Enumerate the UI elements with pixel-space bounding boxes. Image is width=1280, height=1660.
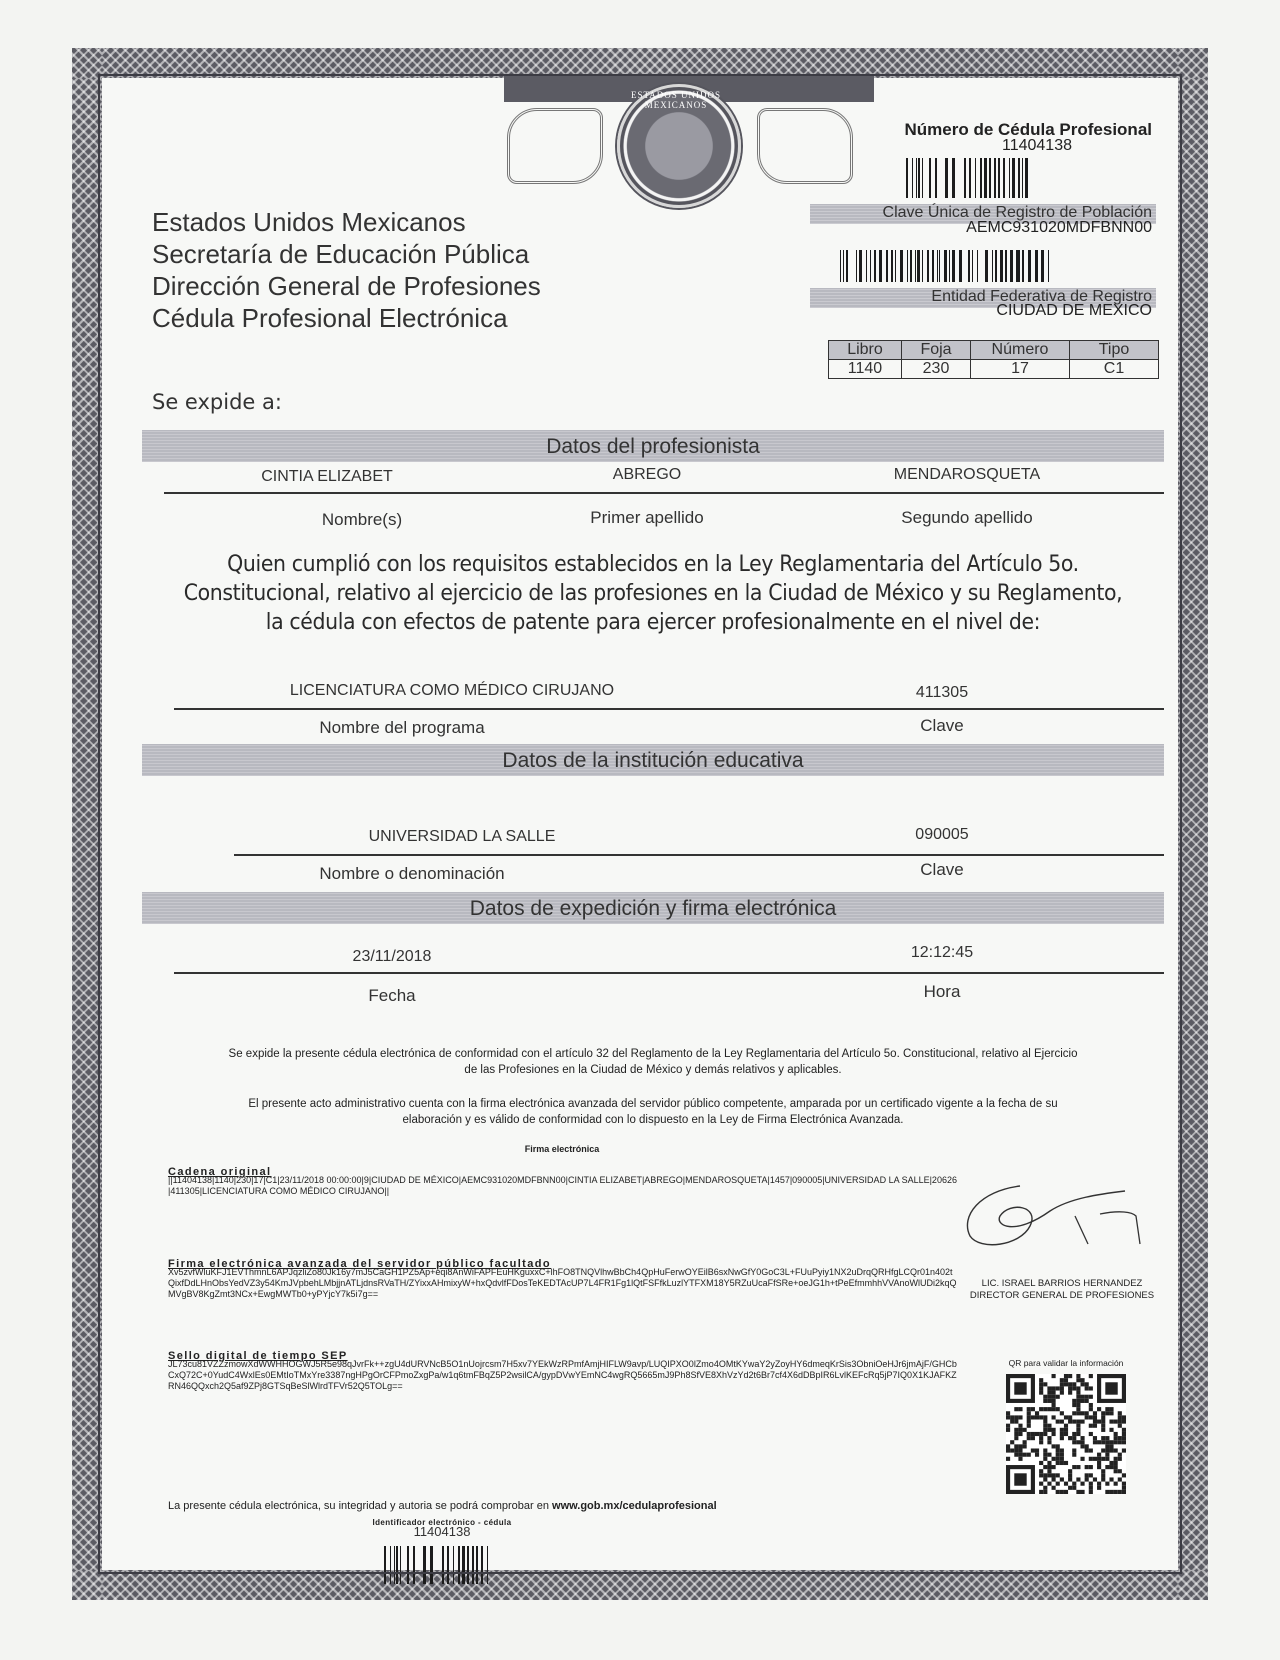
handwritten-signature-icon bbox=[960, 1166, 1160, 1256]
identificador-value: 11404138 bbox=[352, 1524, 532, 1539]
programa-clave-value: 411305 bbox=[872, 684, 1012, 702]
registry-value-tipo: C1 bbox=[1070, 360, 1159, 379]
legal-paragraph-1: Se expide la presente cédula electrónica… bbox=[142, 1046, 1164, 1078]
certificate-frame: ESTADOS UNIDOS MEXICANOS Estados Unidos … bbox=[72, 48, 1208, 1600]
section-institucion: Datos de la institución educativa bbox=[142, 744, 1164, 776]
section-expedicion: Datos de expedición y firma electrónica bbox=[142, 892, 1164, 924]
signatory-block: LIC. ISRAEL BARRIOS HERNANDEZ DIRECTOR G… bbox=[962, 1278, 1162, 1302]
programa-value: LICENCIATURA COMO MÉDICO CIRUJANO bbox=[232, 682, 672, 700]
qr-label: QR para validar la información bbox=[996, 1358, 1136, 1368]
programa-clave-caption: Clave bbox=[872, 716, 1012, 736]
primer-apellido-value: ABREGO bbox=[522, 466, 772, 484]
legal-p2-line2: elaboración y es válido de conformidad c… bbox=[142, 1112, 1164, 1128]
sello-digital-block: Sello digital de tiempo SEP JL73cu81VZZz… bbox=[168, 1350, 958, 1392]
header-line-country: Estados Unidos Mexicanos bbox=[152, 206, 541, 238]
hora-caption: Hora bbox=[872, 982, 1012, 1002]
legal-p1-line1: Se expide la presente cédula electrónica… bbox=[142, 1046, 1164, 1062]
registry-header-tipo: Tipo bbox=[1070, 341, 1159, 360]
statement-line-1: Quien cumplió con los requisitos estable… bbox=[178, 550, 1128, 579]
institucion-caption: Nombre o denominación bbox=[282, 864, 542, 884]
institucion-clave-caption: Clave bbox=[872, 860, 1012, 880]
legal-p1-line2: de las Profesiones en la Ciudad de Méxic… bbox=[142, 1062, 1164, 1078]
issuer-header: Estados Unidos Mexicanos Secretaría de E… bbox=[152, 206, 541, 334]
statement-line-3: la cédula con efectos de patente para ej… bbox=[178, 608, 1128, 637]
fecha-value: 23/11/2018 bbox=[302, 948, 482, 966]
cedula-number-value: 11404138 bbox=[905, 140, 1073, 152]
cadena-text: ||11404138|1140|230|17|C1|23/11/2018 00:… bbox=[168, 1175, 958, 1197]
signatory-name: LIC. ISRAEL BARRIOS HERNANDEZ bbox=[962, 1278, 1162, 1290]
nombres-caption: Nombre(s) bbox=[242, 510, 482, 530]
verify-url-link[interactable]: www.gob.mx/cedulaprofesional bbox=[552, 1500, 717, 1512]
qr-code-icon[interactable] bbox=[1006, 1374, 1126, 1494]
registry-table: Libro Foja Número Tipo 1140 230 17 C1 bbox=[828, 340, 1159, 379]
entidad-value: CIUDAD DE MEXICO bbox=[931, 306, 1152, 316]
registry-header-libro: Libro bbox=[829, 341, 902, 360]
section-profesionista: Datos del profesionista bbox=[142, 430, 1164, 462]
primer-apellido-caption: Primer apellido bbox=[522, 508, 772, 528]
left-scroll-ornament bbox=[507, 108, 603, 184]
segundo-apellido-caption: Segundo apellido bbox=[842, 508, 1092, 528]
se-expide-label: Se expide a: bbox=[152, 390, 282, 414]
registry-value-libro: 1140 bbox=[829, 360, 902, 379]
nombres-value: CINTIA ELIZABET bbox=[202, 468, 452, 486]
sello-text: JL73cu81VZZzmowXdWWHHOGWJ5R5e98qJvrFk++z… bbox=[168, 1359, 958, 1392]
header-line-directorate: Dirección General de Profesiones bbox=[152, 270, 541, 302]
fecha-caption: Fecha bbox=[322, 986, 462, 1006]
segundo-apellido-value: MENDAROSQUETA bbox=[842, 466, 1092, 484]
cadena-original-block: Cadena original ||11404138|1140|230|17|C… bbox=[168, 1166, 958, 1197]
firma-avanzada-block: Firma electrónica avanzada del servidor … bbox=[168, 1258, 958, 1300]
hora-value: 12:12:45 bbox=[872, 944, 1012, 962]
right-scroll-ornament bbox=[757, 108, 853, 184]
header-line-ministry: Secretaría de Educación Pública bbox=[152, 238, 541, 270]
institucion-value: UNIVERSIDAD LA SALLE bbox=[332, 828, 592, 846]
registry-header-foja: Foja bbox=[902, 341, 971, 360]
curp-barcode bbox=[840, 250, 1051, 282]
institucion-clave-value: 090005 bbox=[872, 826, 1012, 844]
cedula-number-block: Número de Cédula Profesional 11404138 bbox=[905, 120, 1153, 152]
legal-paragraph-2: El presente acto administrativo cuenta c… bbox=[142, 1096, 1164, 1128]
requirements-statement: Quien cumplió con los requisitos estable… bbox=[178, 550, 1128, 637]
verify-sentence: La presente cédula electrónica, su integ… bbox=[168, 1500, 552, 1512]
profesionista-rule bbox=[164, 492, 1164, 494]
header-line-document-type: Cédula Profesional Electrónica bbox=[152, 302, 541, 334]
institucion-rule bbox=[234, 854, 1164, 856]
registry-value-foja: 230 bbox=[902, 360, 971, 379]
programa-rule bbox=[174, 708, 1164, 710]
statement-line-2: Constitucional, relativo al ejercicio de… bbox=[178, 579, 1128, 608]
cedula-barcode bbox=[904, 158, 1030, 198]
registry-value-numero: 17 bbox=[971, 360, 1070, 379]
curp-value: AEMC931020MDFBNN00 bbox=[883, 222, 1152, 234]
expedicion-rule bbox=[174, 972, 1164, 974]
verify-text: La presente cédula electrónica, su integ… bbox=[168, 1500, 717, 1512]
firma-avanzada-text: Xv5zvfWluKFJ1EVThmnL6APJqzliZo80Jk16y7mJ… bbox=[168, 1267, 958, 1300]
curp-block: Clave Única de Registro de Población AEM… bbox=[883, 204, 1152, 234]
registry-header-numero: Número bbox=[971, 341, 1070, 360]
entidad-block: Entidad Federativa de Registro CIUDAD DE… bbox=[931, 288, 1152, 316]
firma-heading: Firma electrónica bbox=[482, 1144, 642, 1154]
identificador-barcode bbox=[382, 1546, 489, 1584]
seal-text: ESTADOS UNIDOS MEXICANOS bbox=[617, 90, 735, 110]
programa-caption: Nombre del programa bbox=[282, 718, 522, 738]
signatory-title: DIRECTOR GENERAL DE PROFESIONES bbox=[962, 1290, 1162, 1302]
legal-p2-line1: El presente acto administrativo cuenta c… bbox=[142, 1096, 1164, 1112]
